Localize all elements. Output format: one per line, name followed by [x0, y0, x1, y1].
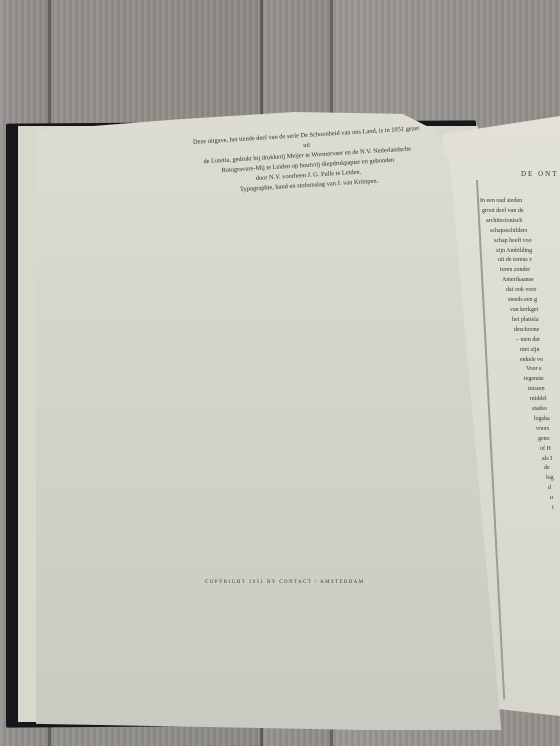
text-line: log: [480, 474, 560, 484]
text-line: logsha: [480, 415, 560, 425]
text-line: het plattela: [480, 316, 560, 326]
text-line: missen: [480, 385, 560, 395]
text-line: of H: [480, 445, 560, 455]
right-page-text: In een oud stedengroot deel van dearchit…: [480, 197, 560, 514]
text-line: stadso: [480, 405, 560, 415]
text-line: In een oud steden: [480, 197, 560, 207]
text-line: dat ook voor: [480, 286, 560, 296]
text-line: geno: [480, 435, 560, 445]
text-line: voors: [480, 425, 560, 435]
text-line: met zijn: [480, 346, 560, 356]
left-page: [36, 112, 506, 730]
text-line: groot deel van de: [480, 207, 560, 217]
text-line: steeds een g: [480, 296, 560, 306]
text-line: architectonisch: [480, 217, 560, 227]
text-line: d: [480, 484, 560, 494]
text-line: als I: [480, 455, 560, 465]
chapter-title: DE ONT: [521, 170, 558, 178]
text-line: enkele vo: [480, 356, 560, 366]
text-line: uit de torens v: [480, 256, 560, 266]
text-line: Amerikaanse: [480, 276, 560, 286]
text-line: zijn Ambilding: [480, 247, 560, 257]
text-line: van kerkget: [480, 306, 560, 316]
text-line: u: [480, 494, 560, 504]
text-line: middel: [480, 395, 560, 405]
text-line: Voor e: [480, 365, 560, 375]
text-line: deschoone: [480, 326, 560, 336]
copyright-line: COPYRIGHT 1951 BY CONTACT / AMSTERDAM: [205, 580, 365, 585]
text-line: toren zonder: [480, 266, 560, 276]
text-line: t: [480, 504, 560, 514]
text-line: schap heeft voo: [480, 237, 560, 247]
text-line: – men der: [480, 336, 560, 346]
text-line: tegenste: [480, 375, 560, 385]
text-line: de: [480, 464, 560, 474]
text-line: schapsschilders: [480, 227, 560, 237]
